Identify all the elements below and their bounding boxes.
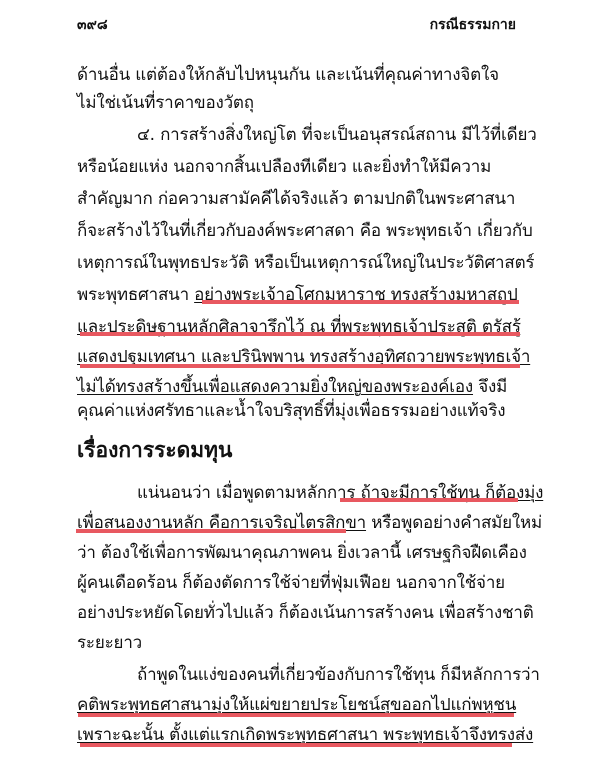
underlined-text: ไม่ได้ทรงสร้างขึ้นเพื่อแสดงความยิ่งใหญ่ข… <box>77 377 473 397</box>
body-line: ด้านอื่น แต่ต้องให้กลับไปหนุนกัน และเน้น… <box>77 64 517 86</box>
page-header: ๓๙๘ กรณีธรรมกาย <box>77 14 516 36</box>
highlight-marker <box>80 332 520 336</box>
body-line: คุณค่าแห่งศรัทธาและน้ำใจบริสุทธิ์ที่มุ่ง… <box>77 400 517 422</box>
underlined-text: คติพระพุทธศาสนามุ่งให้แผ่ขยายประโยชน์สุข… <box>77 695 516 715</box>
highlight-marker <box>78 713 514 717</box>
highlight-marker <box>340 498 518 502</box>
plain-text: แน่นอนว่า เมื่อพูดตามหลักการ <box>137 483 360 503</box>
body-line: ๔. การสร้างสิ่งใหญ่โต ที่จะเป็นอนุสรณ์สถ… <box>77 124 517 146</box>
page-number: ๓๙๘ <box>77 14 108 36</box>
body-line: ว่า ต้องใช้เพื่อการพัฒนาคุณภาพคน ยิ่งเวล… <box>77 542 517 564</box>
plain-text: พระพุทธศาสนา <box>77 285 194 305</box>
highlight-marker <box>76 529 346 533</box>
section-heading: เรื่องการระดมทุน <box>77 436 232 464</box>
body-line: เหตุการณ์ในพุทธประวัติ หรือเป็นเหตุการณ์… <box>77 252 517 274</box>
body-line: ก็จะสร้างไว้ในที่เกี่ยวกับองค์พระศาสดา ค… <box>77 220 517 242</box>
body-line: ไม่ใช่เน้นที่ราคาของวัตถุ <box>77 92 517 114</box>
highlight-marker <box>80 364 520 368</box>
plain-text: จึงมี <box>473 377 507 397</box>
running-title: กรณีธรรมกาย <box>430 14 516 36</box>
highlight-marker <box>202 300 519 304</box>
highlight-marker <box>80 743 512 747</box>
body-line: ระยะยาว <box>77 632 517 654</box>
body-line: หรือน้อยแห่ง นอกจากสิ้นเปลืองทีเดียว และ… <box>77 156 517 178</box>
body-line: ถ้าพูดในแง่ของคนที่เกี่ยวข้องกับการใช้ทุ… <box>77 664 517 686</box>
plain-text: หรือพูดอย่างคำสมัยใหม่ <box>366 513 542 533</box>
body-line: ไม่ได้ทรงสร้างขึ้นเพื่อแสดงความยิ่งใหญ่ข… <box>77 376 517 398</box>
body-line: สำคัญมาก ก่อความสามัคคีได้จริงแล้ว ตามปก… <box>77 188 517 210</box>
underlined-text: เพราะฉะนั้น ตั้งแต่แรกเกิดพระพุทธศาสนา พ… <box>77 725 533 745</box>
body-line: อย่างประหยัดโดยทั่วไปแล้ว ก็ต้องเน้นการส… <box>77 602 517 624</box>
body-line: ผู้คนเดือดร้อน ก็ต้องตัดการใช้จ่ายที่ฟุ่… <box>77 572 517 594</box>
